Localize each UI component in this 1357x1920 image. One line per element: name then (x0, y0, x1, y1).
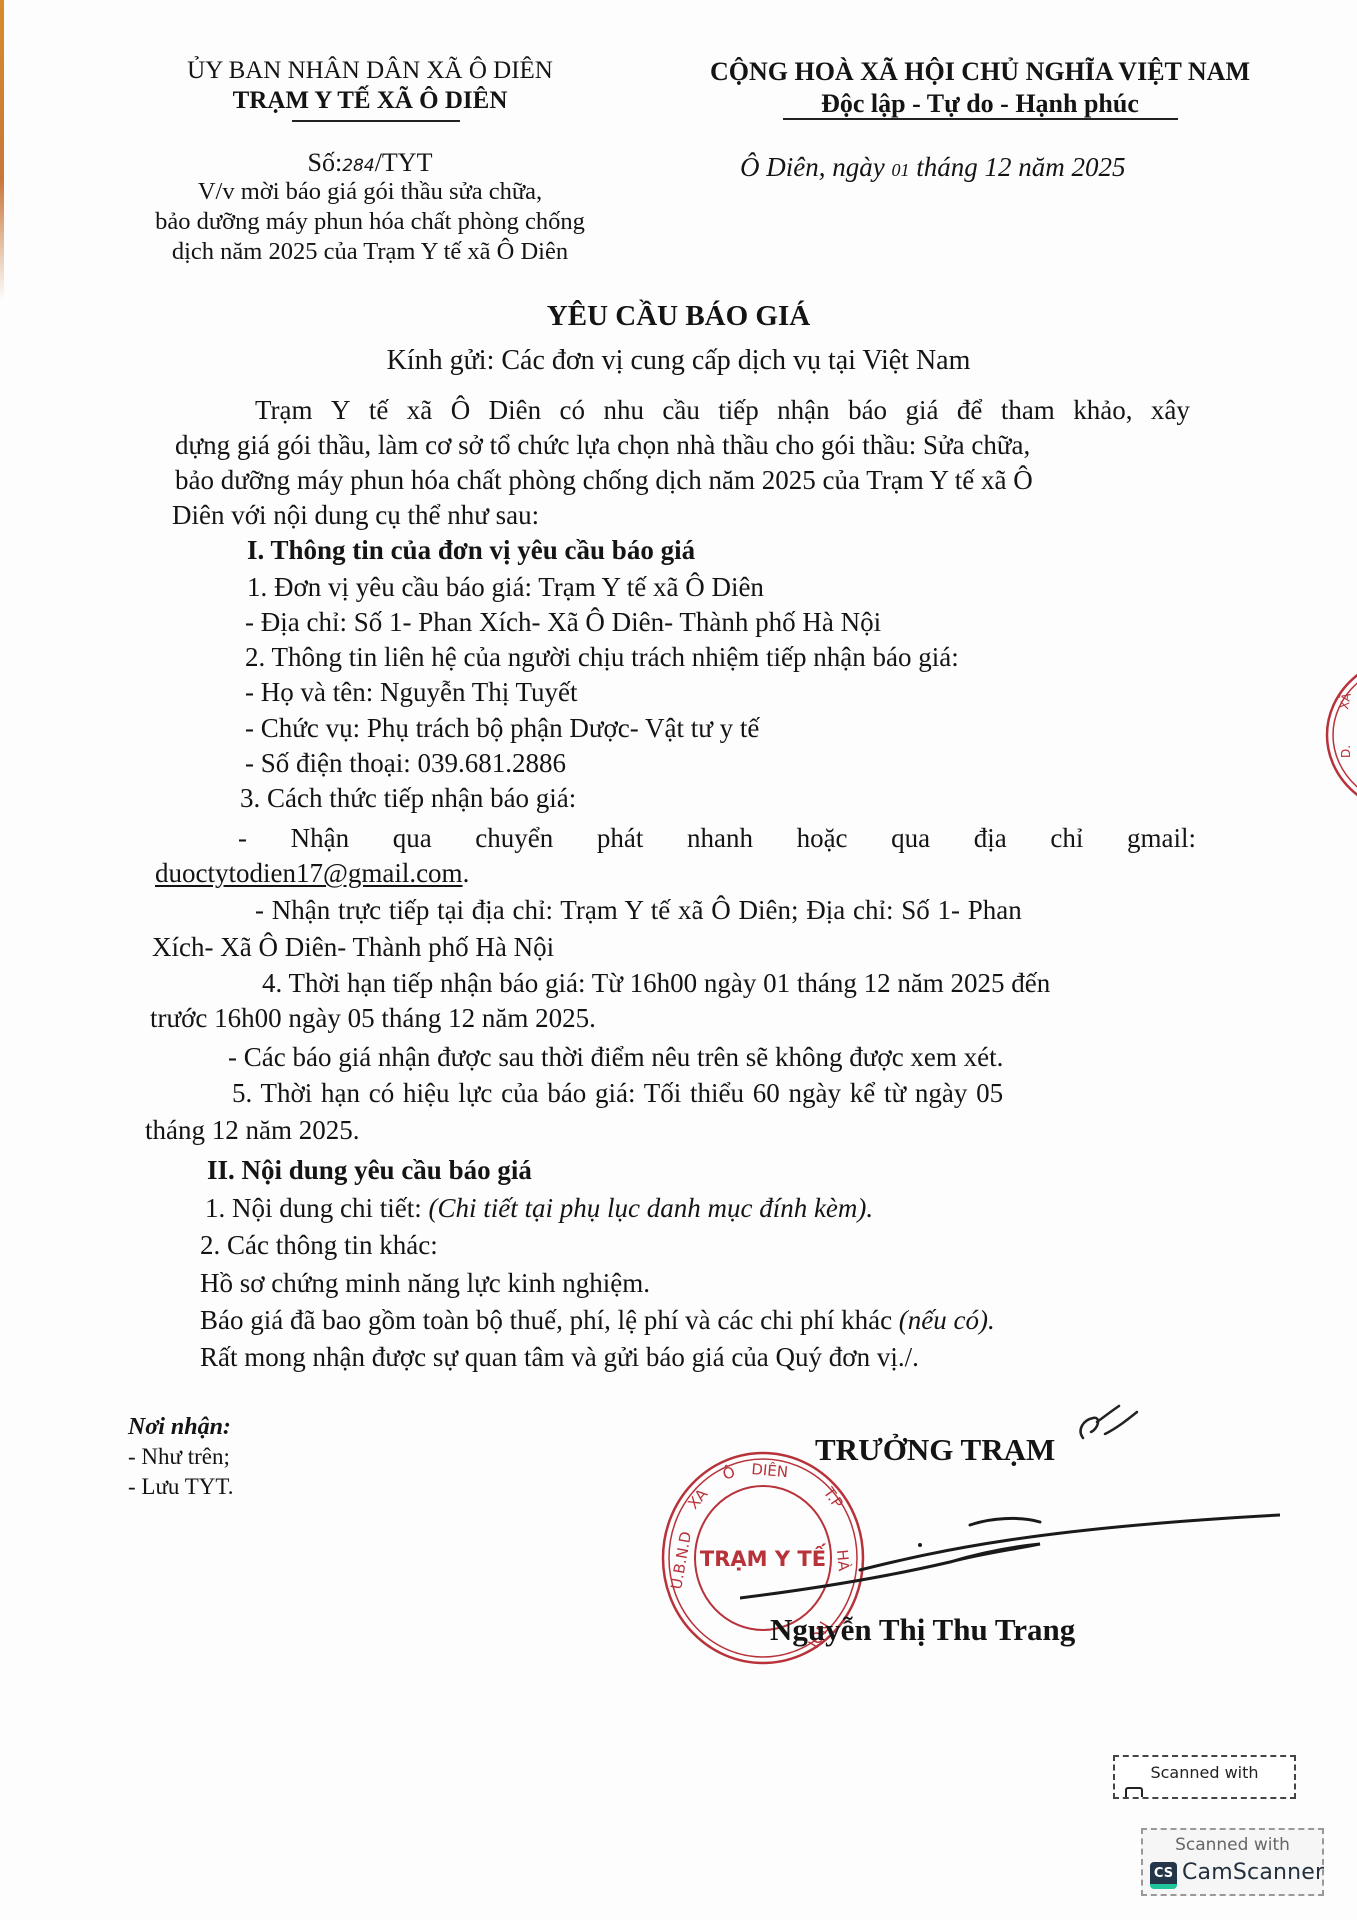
camscanner-logo-icon (1125, 1787, 1143, 1799)
recipient-item: - Lưu TYT. (128, 1472, 234, 1502)
email-line: duoctytodien17@gmail.com. (155, 858, 469, 889)
national-title: CỘNG HOÀ XÃ HỘI CHỦ NGHĨA VIỆT NAM (660, 56, 1300, 88)
svg-text:Ô: Ô (720, 1462, 738, 1484)
other-info-line-a: Hồ sơ chứng minh năng lực kinh nghiệm. (200, 1268, 650, 1299)
recipients-block: Nơi nhận: - Như trên; - Lưu TYT. (128, 1412, 234, 1502)
requesting-unit: 1. Đơn vị yêu cầu báo giá: Trạm Y tế xã … (247, 572, 764, 603)
detail-content: 1. Nội dung chi tiết: (Chi tiết tại phụ … (205, 1193, 873, 1224)
handwritten-day: 01 (891, 160, 909, 180)
section-1-heading: I. Thông tin của đơn vị yêu cầu báo giá (247, 535, 695, 566)
signatory-title: TRƯỞNG TRẠM (815, 1432, 1055, 1468)
partial-stamp-edge: XÃ D. (1322, 650, 1357, 820)
authority-line-2: TRẠM Y TẾ XÃ Ô DIÊN (150, 86, 590, 116)
camscanner-logo-icon: CS (1150, 1862, 1177, 1889)
deadline-note: - Các báo giá nhận được sau thời điểm nê… (228, 1042, 1003, 1073)
national-motto: Độc lập - Tự do - Hạnh phúc (660, 88, 1300, 120)
intro-line-4: Diên với nội dung cụ thể như sau: (172, 500, 539, 531)
closing-line: Rất mong nhận được sự quan tâm và gửi bá… (200, 1342, 919, 1373)
authority-underline (292, 120, 460, 122)
intro-line-1: TrạmYtếxãÔDiêncónhucầutiếpnhậnbáogiáđểth… (255, 395, 1190, 426)
recipients-label: Nơi nhận: (128, 1412, 234, 1442)
recipient-item: - Như trên; (128, 1442, 234, 1472)
issuing-authority: ỦY BAN NHÂN DÂN XÃ Ô DIÊN TRẠM Y TẾ XÃ Ô… (150, 56, 590, 116)
receipt-method-heading: 3. Cách thức tiếp nhận báo giá: (240, 783, 576, 814)
handwritten-signature (740, 1510, 1280, 1610)
document-number: Số:284/TYT (150, 148, 590, 178)
greeting: Kính gửi: Các đơn vị cung cấp dịch vụ tạ… (0, 345, 1357, 377)
other-info-heading: 2. Các thông tin khác: (200, 1230, 438, 1261)
initial-flourish (1075, 1400, 1145, 1450)
deadline-line-1: 4. Thời hạn tiếp nhận báo giá: Từ 16h00 … (262, 968, 1050, 999)
svg-text:T.P: T.P (819, 1483, 846, 1512)
motto-underline (783, 118, 1178, 120)
camscanner-brand: CamScanner (1182, 1860, 1324, 1885)
camscanner-watermark: Scanned with CS CamScanner (1141, 1828, 1324, 1896)
intro-line-3: bảo dưỡng máy phun hóa chất phòng chống … (175, 465, 1033, 496)
email-link[interactable]: duoctytodien17@gmail.com (155, 858, 463, 888)
signatory-name: Nguyễn Thị Thu Trang (770, 1612, 1075, 1648)
detail-reference: (Chi tiết tại phụ lục danh mục đính kèm)… (428, 1193, 873, 1223)
national-header: CỘNG HOÀ XÃ HỘI CHỦ NGHĨA VIỆT NAM Độc l… (660, 56, 1300, 120)
svg-text:XÃ: XÃ (1336, 691, 1354, 711)
document-date: Ô Diên, ngày 01 tháng 12 năm 2025 (740, 152, 1125, 183)
document-title: YÊU CẦU BÁO GIÁ (0, 300, 1357, 333)
page-edge (0, 0, 4, 300)
validity-line-2: tháng 12 năm 2025. (145, 1115, 359, 1146)
receipt-method-2-line-1: - Nhận trực tiếp tại địa chỉ: Trạm Y tế … (255, 895, 1022, 926)
section-2-heading: II. Nội dung yêu cầu báo giá (207, 1155, 532, 1186)
intro-line-2: dựng giá gói thầu, làm cơ sở tổ chức lựa… (175, 430, 1030, 461)
deadline-line-2: trước 16h00 ngày 05 tháng 12 năm 2025. (150, 1003, 596, 1034)
authority-line-1: ỦY BAN NHÂN DÂN XÃ Ô DIÊN (150, 56, 590, 86)
handwritten-number: 284 (342, 156, 374, 176)
document-subject: V/v mời báo giá gói thầu sửa chữa, bảo d… (110, 177, 630, 267)
receipt-method-2-line-2: Xích- Xã Ô Diên- Thành phố Hà Nội (152, 932, 554, 963)
validity-line-1: 5. Thời hạn có hiệu lực của báo giá: Tối… (232, 1078, 1003, 1109)
unit-address: - Địa chỉ: Số 1- Phan Xích- Xã Ô Diên- T… (245, 607, 881, 638)
receipt-method-1: -Nhậnquachuyểnphátnhanhhoặcquađịachỉgmai… (238, 823, 1196, 854)
contact-phone: - Số điện thoại: 039.681.2886 (245, 748, 566, 779)
other-info-line-b: Báo giá đã bao gồm toàn bộ thuế, phí, lệ… (200, 1305, 995, 1336)
svg-text:D.: D. (1339, 745, 1353, 758)
contact-heading: 2. Thông tin liên hệ của người chịu trác… (245, 642, 959, 673)
contact-position: - Chức vụ: Phụ trách bộ phận Dược- Vật t… (245, 713, 759, 744)
contact-name: - Họ và tên: Nguyễn Thị Tuyết (245, 677, 578, 708)
svg-text:DIÊN: DIÊN (751, 1459, 789, 1481)
camscanner-watermark-top: Scanned with (1113, 1755, 1296, 1799)
